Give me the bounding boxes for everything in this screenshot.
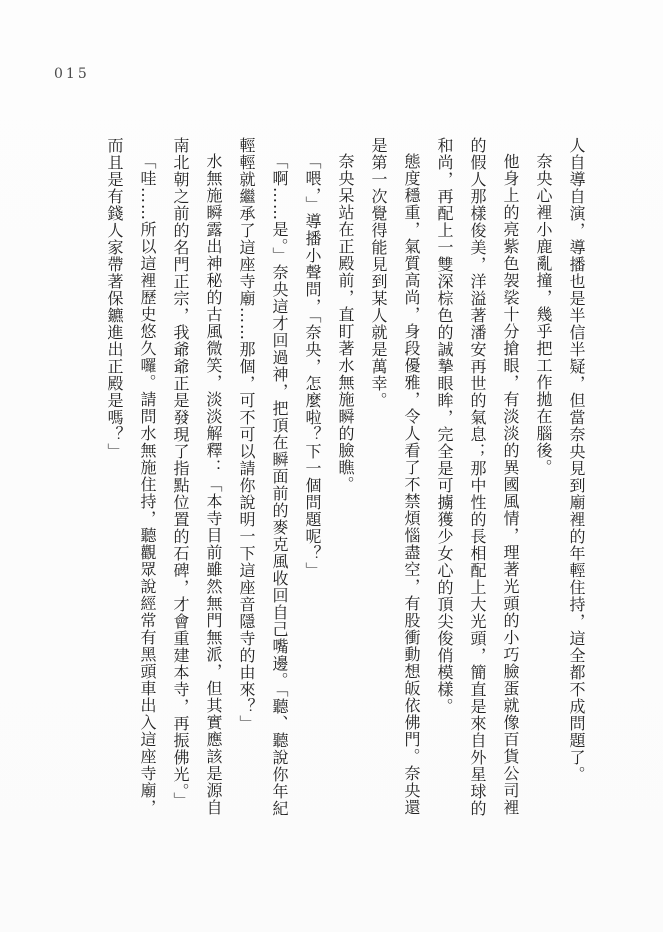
- page-number: 015: [54, 66, 90, 82]
- paragraph: 水無施瞬露出神秘的古風微笑，淡淡解釋：「本寺目前雖然無門無派，但其實應該是源自南…: [164, 137, 230, 829]
- paragraph: 他身上的亮紫色袈裟十分搶眼，有淡淡的異國風情，理著光頭的小巧臉蛋就像百貨公司裡的…: [428, 137, 527, 829]
- paragraph: 「哇……所以這裡歷史悠久囉。請問水無施住持，聽觀眾說經常有黑頭車出入這座寺廟，而…: [98, 137, 164, 829]
- paragraph: 人自導自演，導播也是半信半疑，但當奈央見到廟裡的年輕住持，這全都不成問題了。: [560, 137, 593, 829]
- paragraph: 奈央心裡小鹿亂撞，幾乎把工作拋在腦後。: [527, 137, 560, 829]
- paragraph: 奈央呆站在正殿前，直盯著水無施瞬的臉瞧。: [329, 137, 362, 829]
- paragraph: 態度穩重，氣質高尚，身段優雅，令人看了不禁煩惱盡空，有股衝動想皈依佛門。奈央還是…: [362, 137, 428, 829]
- paragraph: 「啊……是。」奈央這才回過神，把頂在瞬面前的麥克風收回自己嘴邊。「聽、聽說你年紀…: [230, 137, 296, 829]
- body-text-block: 人自導自演，導播也是半信半疑，但當奈央見到廟裡的年輕住持，這全都不成問題了。 奈…: [98, 137, 593, 829]
- paragraph: 「喂，」導播小聲問，「奈央，怎麼啦？下一個問題呢？」: [296, 137, 329, 829]
- book-page: 015 人自導自演，導播也是半信半疑，但當奈央見到廟裡的年輕住持，這全都不成問題…: [0, 0, 663, 932]
